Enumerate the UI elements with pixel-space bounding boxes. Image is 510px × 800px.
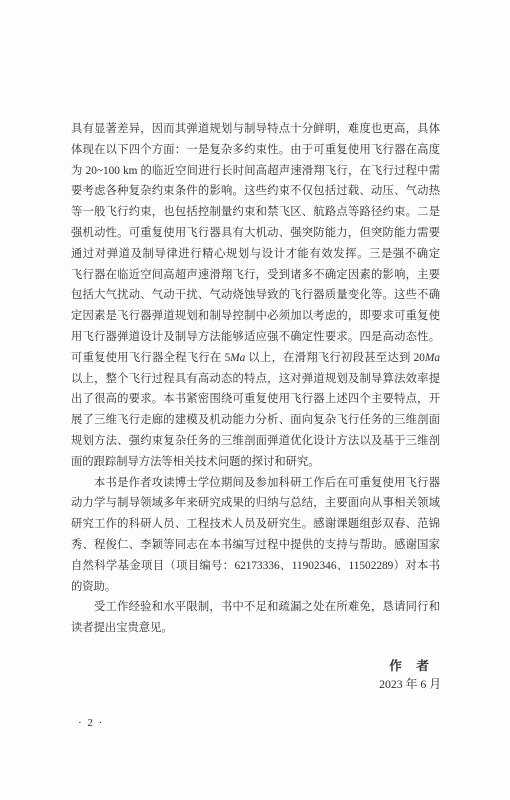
text-line: 本书是作者攻读博士学位期间及参加科研工作后在可重复使用飞行器 <box>71 473 440 494</box>
page-number: · 2 · <box>78 716 104 730</box>
text-line: 具有显著差异，因而其弹道规划与制导特点十分鲜明，难度也更高，具体 <box>71 119 440 140</box>
text-line: 通过对弹道及制导律进行精心规划与设计才能有效发挥。三是强不确定性。 <box>71 244 440 265</box>
text-line: 规划方法、强约束复杂任务的三维剖面弹道优化设计方法以及基于三维剖 <box>71 431 440 452</box>
text-line: 强机动性。可重复使用飞行器具有大机动、强突防能力，但突防能力需要 <box>71 223 440 244</box>
text-line: 体现在以下四个方面：一是复杂多约束性。由于可重复使用飞行器在高度 <box>71 140 440 161</box>
text-line: 飞行器在临近空间高超声速滑翔飞行，受到诸多不确定因素的影响，主要 <box>71 265 440 286</box>
text-line: 秀、程俊仁、李颖等同志在本书编写过程中提供的支持与帮助。感谢国家 <box>71 535 440 556</box>
preface-body-text: 具有显著差异，因而其弹道规划与制导特点十分鲜明，难度也更高，具体体现在以下四个方… <box>71 119 440 639</box>
text-line: 的资助。 <box>71 577 440 598</box>
book-page: 具有显著差异，因而其弹道规划与制导特点十分鲜明，难度也更高，具体体现在以下四个方… <box>0 0 510 800</box>
text-line: 面的跟踪制导方法等相关技术问题的探讨和研究。 <box>71 452 440 473</box>
author-signature: 作 者 <box>379 657 441 675</box>
text-line: 动力学与制导领域多年来研究成果的归纳与总结，主要面向从事相关领域 <box>71 493 440 514</box>
text-line: 要考虑各种复杂约束条件的影响。这些约束不仅包括过载、动压、气动热 <box>71 181 440 202</box>
text-line: 读者提出宝贵意见。 <box>71 618 440 639</box>
text-line: 等一般飞行约束，也包括控制量约束和禁飞区、航路点等路径约束。二是 <box>71 202 440 223</box>
text-line: 出了很高的要求。本书紧密围绕可重复使用飞行器上述四个主要特点，开 <box>71 389 440 410</box>
text-line: 为 20~100 km 的临近空间进行长时间高超声速滑翔飞行，在飞行过程中需 <box>71 161 440 182</box>
text-line: 包括大气扰动、气动干扰、气动烧蚀导致的飞行器质量变化等。这些不确 <box>71 285 440 306</box>
text-line: 研究工作的科研人员、工程技术人员及研究生。感谢课题组彭双春、范锦 <box>71 514 440 535</box>
text-line: 用飞行器弹道设计及制导方法能够适应强不确定性要求。四是高动态性。 <box>71 327 440 348</box>
text-line: 展了三维飞行走廊的建模及机动能力分析、面向复杂飞行任务的三维剖面 <box>71 410 440 431</box>
text-line: 以上，整个飞行过程具有高动态的特点，这对弹道规划及制导算法效率提 <box>71 369 440 390</box>
text-line: 受工作经验和水平限制，书中不足和疏漏之处在所难免，恳请同行和 <box>71 597 440 618</box>
text-line: 自然科学基金项目（项目编号：62173336、11902346、11502289… <box>71 556 440 577</box>
signature-date: 2023 年 6 月 <box>379 675 441 693</box>
text-line: 可重复使用飞行器全程飞行在 5Ma 以上，在滑翔飞行初段甚至达到 20Ma <box>71 348 440 369</box>
text-line: 定因素是飞行器弹道规划和制导控制中必须加以考虑的，即要求可重复使 <box>71 306 440 327</box>
signature-block: 作 者 2023 年 6 月 <box>379 657 441 693</box>
